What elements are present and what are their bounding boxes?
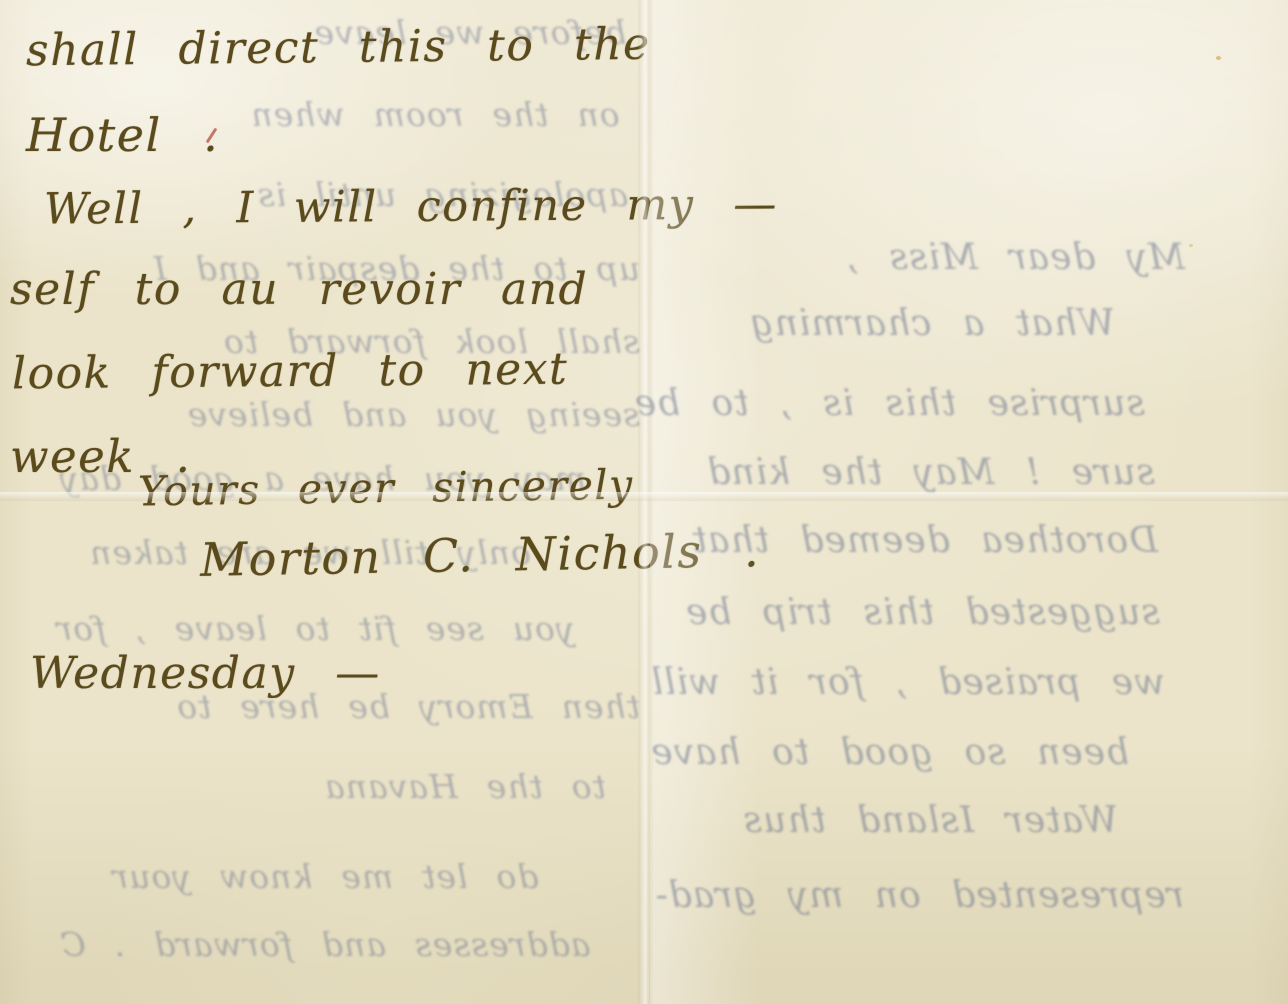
ghost-line: surprise this is , to be [787,386,1145,422]
letter-scan: before we leave on the room when apologi… [0,0,1288,1004]
ink-line-body: Hotel . [26,112,219,158]
letter-page-left: before we leave on the room when apologi… [0,0,645,1004]
ghost-line: Dorothea deemed that [763,523,1158,559]
ghost-line: you see fit to leave , for [25,612,605,645]
paper-stain-speck [1189,244,1193,247]
ghost-line: suggested this trip be [745,595,1160,631]
ghost-line: we praised , for it will [735,665,1165,701]
ghost-line: do let me know your [25,860,625,893]
letter-page-right: 35 HOLYOKE HOUSE, CAMBRIDGE My dear Miss… [645,0,1288,1004]
ink-line-body: look forward to next [12,348,569,397]
ghost-line: Water Island thus [773,803,1118,839]
ghost-line: on the room when [230,98,640,131]
ghost-line: addresses and forward . C [25,928,625,961]
ghost-line: What a charming [827,306,1115,342]
ink-line-body: self to au revoir and [10,268,588,312]
ghost-line: sure ! May the kind [767,455,1155,491]
ghost-line: My dear Miss , [897,240,1185,276]
ghost-line: been so good to have [749,735,1129,771]
paper-stain-speck [1216,56,1221,60]
ghost-line: seeing you and believe [220,398,640,431]
ghost-line: represented on my grad- [729,878,1184,914]
ink-line-date: Wednesday — [30,652,381,696]
ink-line-closing: Yours ever sincerely [138,465,634,513]
ghost-line: to the Havana [300,770,630,803]
ink-line-body: shall direct this to the [26,23,651,74]
